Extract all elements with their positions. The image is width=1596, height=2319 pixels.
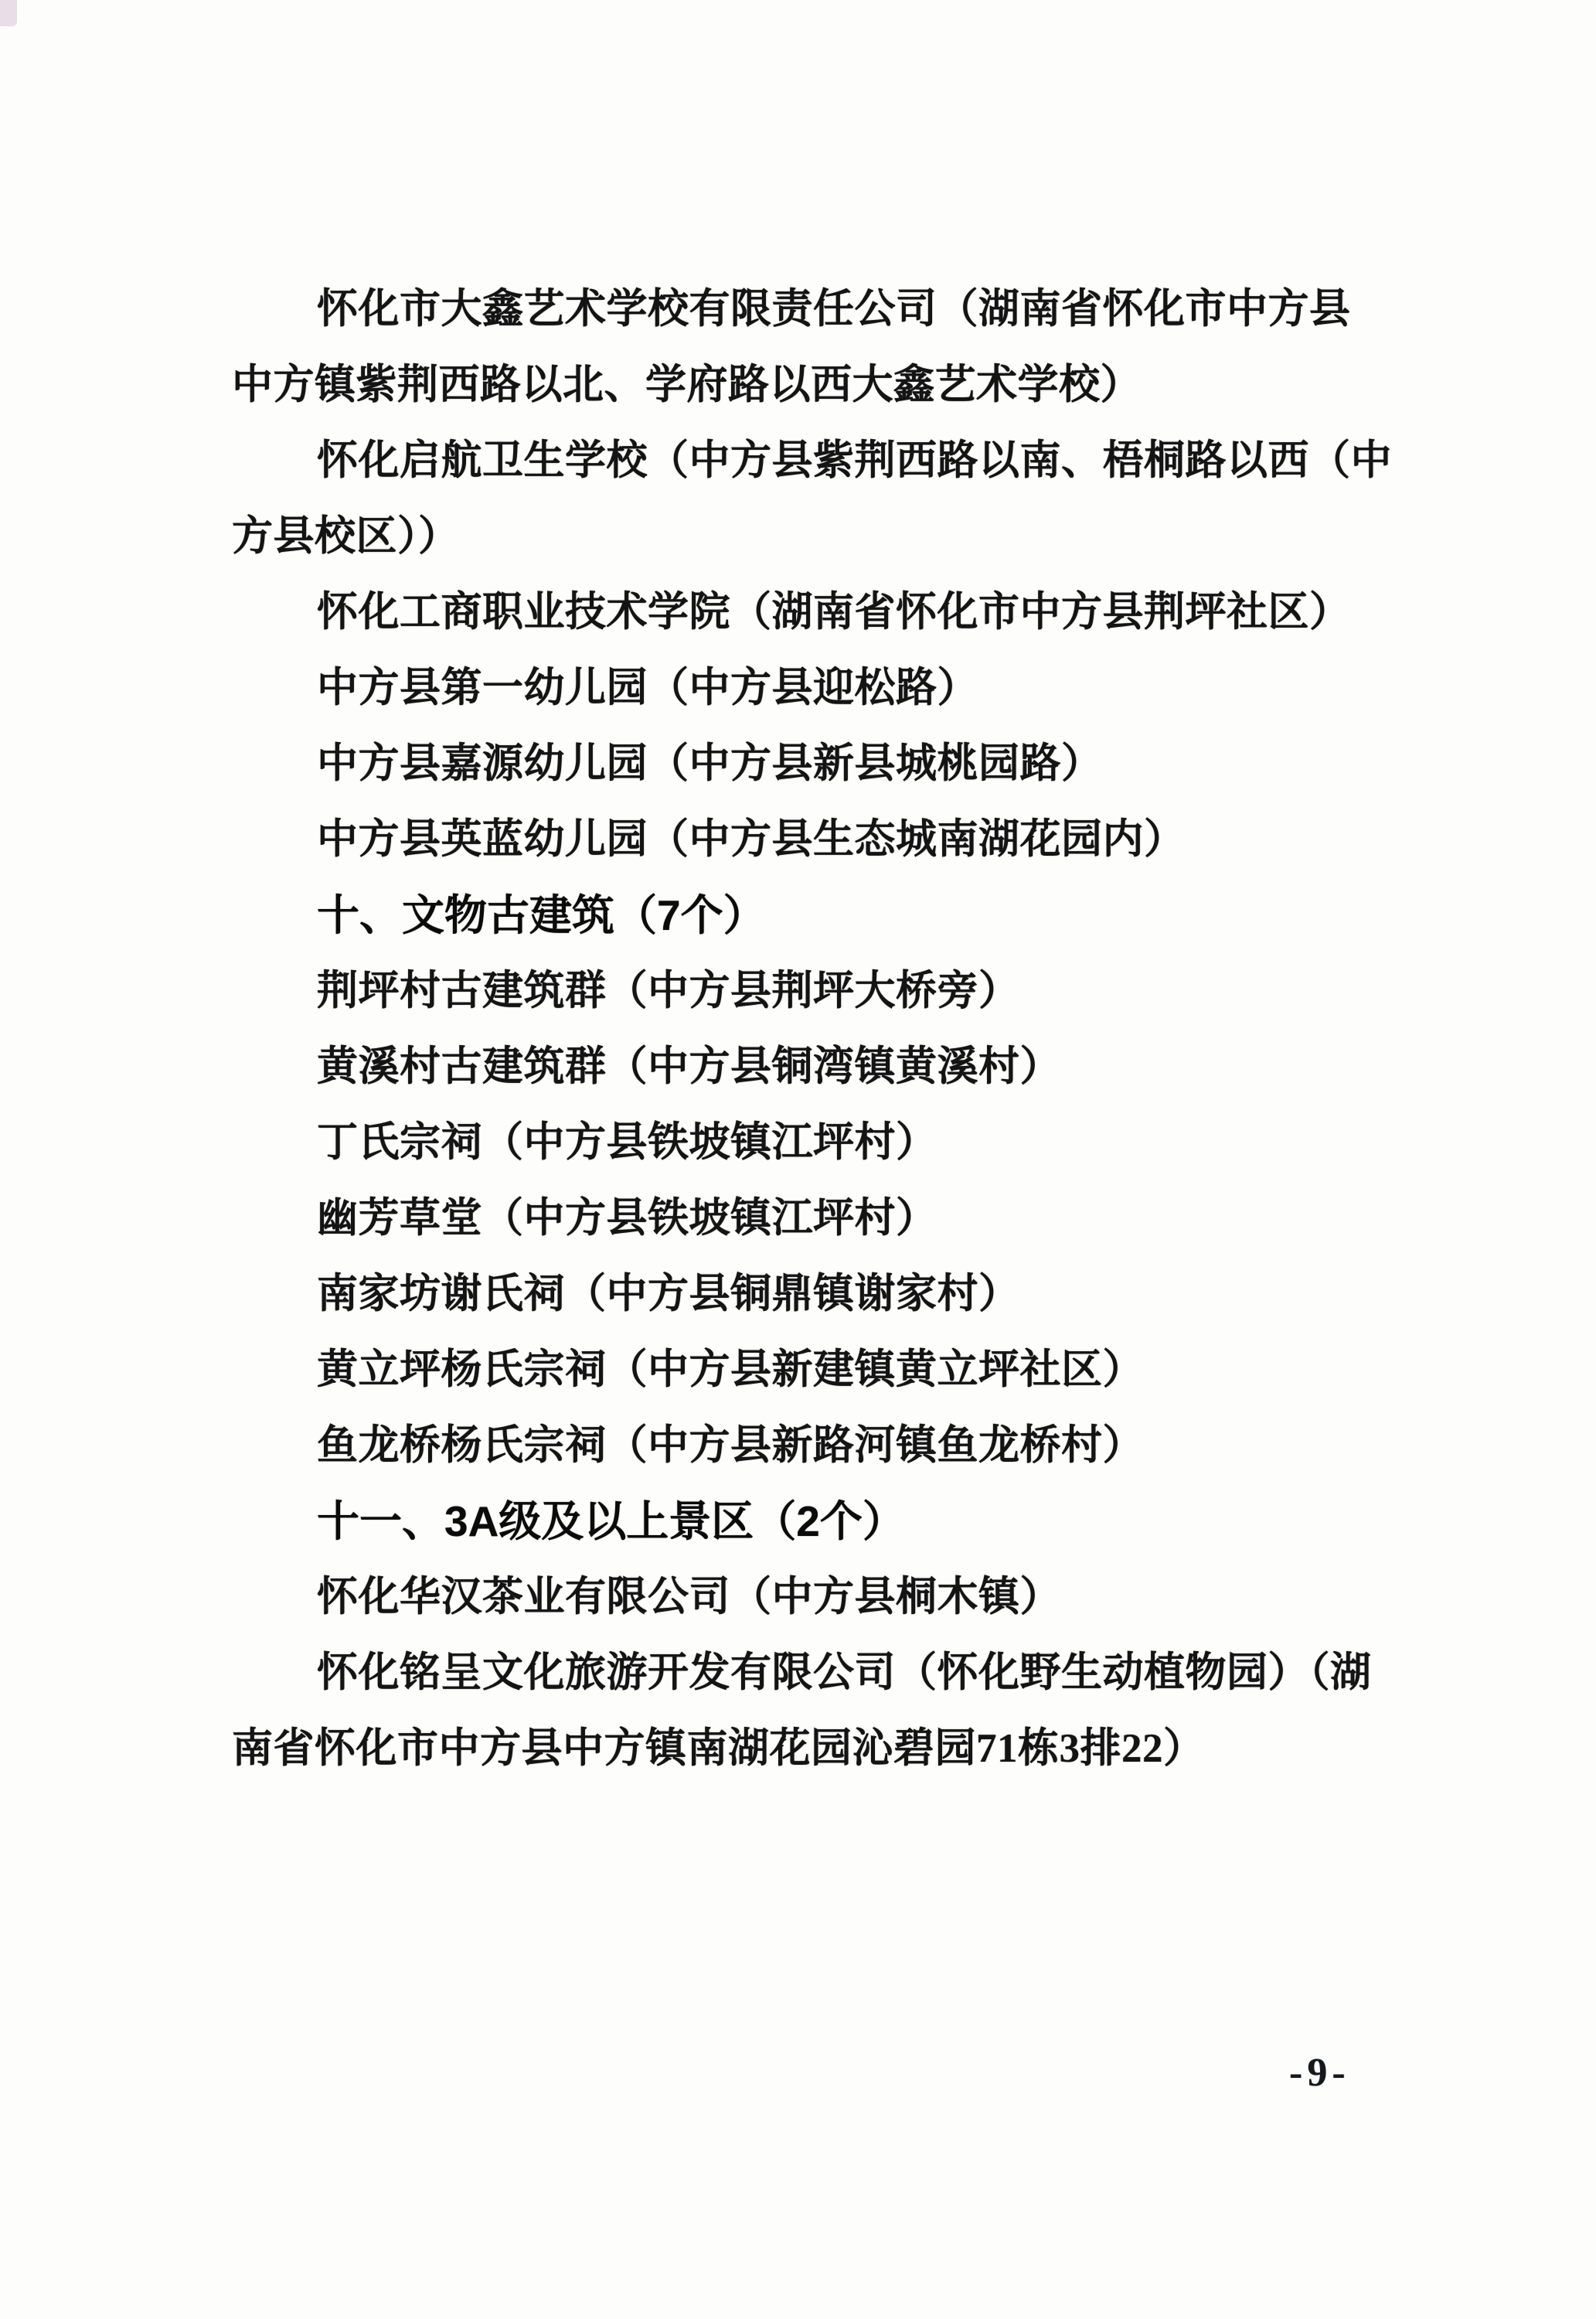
text-line: 中方县英蓝幼儿园（中方县生态城南湖花园内） [232, 802, 1391, 877]
text-line: 南家坊谢氏祠（中方县铜鼎镇谢家村） [232, 1256, 1391, 1332]
text-line: 中方镇紫荆西路以北、学府路以西大鑫艺术学校） [232, 347, 1391, 423]
text-line: 幽芳草堂（中方县铁坡镇江坪村） [232, 1180, 1391, 1256]
text-line: 荆坪村古建筑群（中方县荆坪大桥旁） [232, 953, 1391, 1029]
text-line: 怀化铭呈文化旅游开发有限公司（怀化野生动植物园）（湖 [232, 1635, 1391, 1711]
text-line: 丁氏宗祠（中方县铁坡镇江坪村） [232, 1105, 1391, 1180]
section-heading: 十一、3A级及以上景区（2个） [232, 1483, 1391, 1559]
text-line: 黄溪村古建筑群（中方县铜湾镇黄溪村） [232, 1029, 1391, 1105]
scanned-document-page: 怀化市大鑫艺术学校有限责任公司（湖南省怀化市中方县中方镇紫荆西路以北、学府路以西… [0, 0, 1596, 2319]
text-line: 南省怀化市中方县中方镇南湖花园沁碧园71栋3排22） [232, 1711, 1391, 1786]
text-line: 鱼龙桥杨氏宗祠（中方县新路河镇鱼龙桥村） [232, 1408, 1391, 1483]
page-number: -9- [1289, 2050, 1350, 2096]
text-line: 黄立坪杨氏宗祠（中方县新建镇黄立坪社区） [232, 1332, 1391, 1408]
text-line: 怀化工商职业技术学院（湖南省怀化市中方县荆坪社区） [232, 574, 1391, 650]
text-line: 中方县嘉源幼儿园（中方县新县城桃园路） [232, 726, 1391, 802]
scanner-corner-artifact [0, 0, 17, 26]
text-line: 怀化启航卫生学校（中方县紫荆西路以南、梧桐路以西（中 [232, 423, 1391, 499]
text-line: 方县校区）） [232, 499, 1391, 574]
document-text-block: 怀化市大鑫艺术学校有限责任公司（湖南省怀化市中方县中方镇紫荆西路以北、学府路以西… [232, 271, 1391, 1786]
text-line: 怀化华汉茶业有限公司（中方县桐木镇） [232, 1559, 1391, 1635]
section-heading: 十、文物古建筑（7个） [232, 877, 1391, 953]
text-line: 中方县第一幼儿园（中方县迎松路） [232, 650, 1391, 726]
text-line: 怀化市大鑫艺术学校有限责任公司（湖南省怀化市中方县 [232, 271, 1391, 347]
